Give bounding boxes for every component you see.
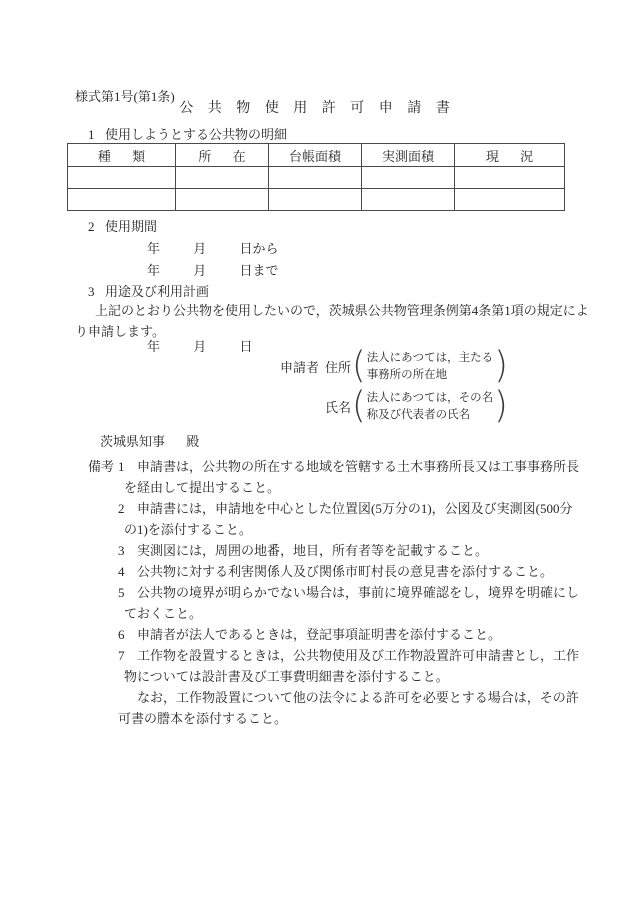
remarks-line: 工作物を設置するときは，公共物使用及び工作物設置許可申請書とし，工作	[124, 645, 579, 666]
table-header-location: 所 在	[176, 144, 269, 167]
table-header-registered-area: 台帳面積	[269, 144, 362, 167]
remarks-line: ておくこと。	[124, 603, 579, 624]
remarks-item-5: 5 公共物の境界が明らかでない場合は，事前に境界確認をし，境界を明確にし ておく…	[88, 582, 579, 624]
section-1-heading: 1使用しようとする公共物の明細	[88, 124, 287, 143]
name-note-line: 称及び代表者の氏名	[367, 407, 494, 424]
remarks-line: 申請者が法人であるときは，登記事項証明書を添付すること。	[124, 624, 501, 645]
table-cell	[68, 167, 176, 189]
right-brace: )	[494, 388, 508, 424]
remarks-section: 備考 1 申請書は，公共物の所在する地域を管轄する土木事務所長又は工事事務所長 …	[88, 456, 579, 729]
remarks-line: の1)を添付すること。	[124, 519, 573, 540]
applicant-address-row: 申請者 住所 ( 法人にあつては，主たる 事務所の所在地 )	[280, 349, 509, 384]
statement-line: 上記のとおり公共物を使用したいので，茨城県公共物管理条例第4条第1項の規定によ	[75, 300, 589, 321]
remarks-item-7: 7 工作物を設置するときは，公共物使用及び工作物設置許可申請書とし，工作 物につ…	[88, 645, 579, 729]
application-date-line: 年 月 日	[147, 336, 253, 355]
document-page: 様式第1号(第1条) 公 共 物 使 用 許 可 申 請 書 1使用しようとする…	[0, 0, 630, 915]
section-3-label: 用途及び利用計画	[105, 284, 209, 299]
remarks-line: 公共物に対する利害関係人及び関係市町村長の意見書を添付すること。	[124, 561, 553, 582]
remarks-line: 公共物の境界が明らかでない場合は，事前に境界確認をし，境界を明確にし	[124, 582, 579, 603]
remarks-line: 可書の謄本を添付すること。	[118, 708, 579, 729]
remarks-line: 申請書には，申請地を中心とした位置図(5万分の1)，公図及び実測図(500分	[124, 498, 573, 519]
table-header-row: 種 類 所 在 台帳面積 実測面積 現 況	[68, 144, 565, 167]
section-2-heading: 2使用期間	[88, 216, 157, 235]
usage-period-to-line: 年 月 日まで	[147, 260, 279, 279]
remarks-item-2: 2 申請書には，申請地を中心とした位置図(5万分の1)，公図及び実測図(500分…	[88, 498, 579, 540]
table-row	[68, 167, 565, 189]
table-cell	[455, 189, 565, 211]
remarks-line: なお，工作物設置について他の法令による許可を必要とする場合は，その許	[124, 687, 579, 708]
section-2-number: 2	[88, 219, 105, 235]
address-note-line: 法人にあつては，主たる	[367, 350, 494, 367]
remarks-item-4: 4 公共物に対する利害関係人及び関係市町村長の意見書を添付すること。	[88, 561, 579, 582]
left-brace: (	[352, 388, 366, 424]
remarks-item-3: 3 実測図には，周囲の地番，地目，所有者等を記載すること。	[88, 540, 579, 561]
section-3-number: 3	[88, 284, 105, 300]
remarks-line: を経由して提出すること。	[124, 477, 579, 498]
applicant-label: 申請者	[280, 357, 319, 376]
table-cell	[176, 189, 269, 211]
table-cell	[362, 189, 455, 211]
remarks-line: 申請書は，公共物の所在する地域を管轄する土木事務所長又は工事事務所長	[124, 456, 579, 477]
table-cell	[362, 167, 455, 189]
section-1-number: 1	[88, 127, 105, 143]
table-cell	[68, 189, 176, 211]
applicant-name-row: 氏名 ( 法人にあつては，その名 称及び代表者の氏名 )	[325, 389, 509, 424]
table-header-current-state: 現 況	[455, 144, 565, 167]
table-cell	[176, 167, 269, 189]
address-note: 法人にあつては，主たる 事務所の所在地	[367, 350, 494, 383]
public-property-detail-table: 種 類 所 在 台帳面積 実測面積 現 況	[67, 143, 565, 211]
left-brace: (	[352, 348, 366, 384]
section-1-label: 使用しようとする公共物の明細	[105, 127, 287, 142]
remarks-label: 備考	[88, 456, 118, 477]
table-cell	[269, 189, 362, 211]
address-note-line: 事務所の所在地	[367, 367, 494, 384]
section-2-label: 使用期間	[105, 219, 157, 234]
table-row	[68, 189, 565, 211]
right-brace: )	[494, 348, 508, 384]
name-note: 法人にあつては，その名 称及び代表者の氏名	[367, 390, 494, 423]
table-cell	[269, 167, 362, 189]
section-3-heading: 3用途及び利用計画	[88, 281, 209, 300]
table-header-measured-area: 実測面積	[362, 144, 455, 167]
remarks-line: 物については設計書及び工事費明細書を添付すること。	[124, 666, 579, 687]
form-title: 公 共 物 使 用 許 可 申 請 書	[0, 97, 630, 117]
usage-period-from-line: 年 月 日から	[147, 238, 279, 257]
remarks-line: 実測図には，周囲の地番，地目，所有者等を記載すること。	[124, 540, 488, 561]
table-cell	[455, 167, 565, 189]
name-note-line: 法人にあつては，その名	[367, 390, 494, 407]
name-label: 氏名	[325, 397, 351, 416]
remarks-item-1: 備考 1 申請書は，公共物の所在する地域を管轄する土木事務所長又は工事事務所長 …	[88, 456, 579, 498]
addressee-line: 茨城県知事 殿	[100, 431, 199, 450]
remarks-item-6: 6 申請者が法人であるときは，登記事項証明書を添付すること。	[88, 624, 579, 645]
table-header-type: 種 類	[68, 144, 176, 167]
address-label: 住所	[325, 357, 351, 376]
